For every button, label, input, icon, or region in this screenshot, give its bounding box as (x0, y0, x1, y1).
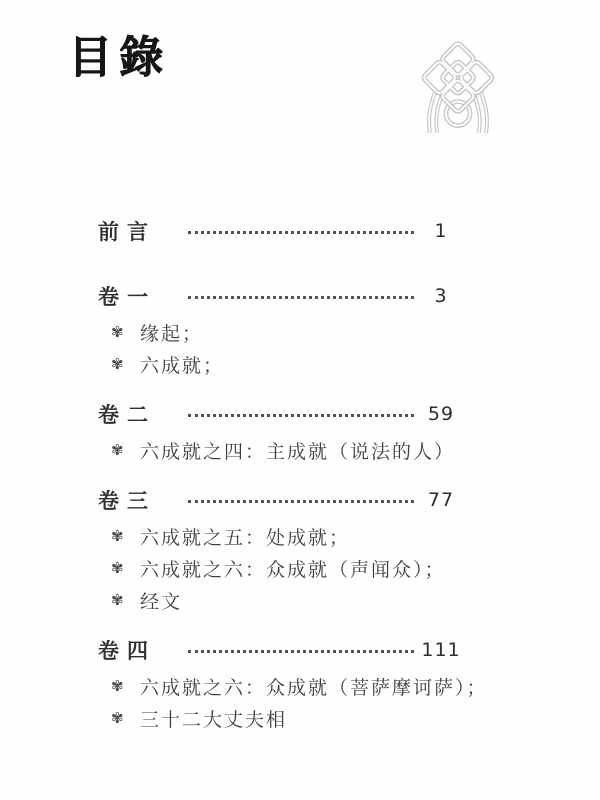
toc-item-label: 六成就之六：众成就（菩萨摩诃萨）； (140, 673, 488, 700)
dotted-leader (188, 500, 414, 503)
toc-section-row: 卷四 111 (98, 634, 464, 666)
toc-item-label: 六成就之四：主成就（说法的人） (140, 437, 455, 464)
toc-page-number: 77 (418, 489, 464, 511)
toc-section: 卷二 59 ✾ 六成就之四：主成就（说法的人） (98, 398, 464, 466)
flower-bullet-icon: ✾ (111, 679, 129, 694)
toc-item-row: ✾ 经文 (98, 584, 464, 616)
toc-page-number: 111 (418, 639, 464, 661)
toc-item-row: ✾ 六成就之六：众成就（声闻众）； (98, 552, 464, 584)
toc-item-row: ✾ 六成就之四：主成就（说法的人） (98, 434, 464, 466)
toc-section-label: 卷四 (98, 635, 188, 665)
flower-bullet-icon: ✾ (111, 325, 129, 340)
toc-page-number: 59 (418, 403, 464, 425)
toc-item-label: 六成就； (140, 351, 224, 378)
toc-section: 卷一 3 ✾ 缘起； ✾ 六成就； (98, 280, 464, 380)
toc-item-row: ✾ 六成就； (98, 348, 464, 380)
toc-item-label: 经文 (140, 587, 182, 614)
toc-page: 目錄 (0, 0, 600, 800)
dotted-leader (188, 414, 414, 417)
dotted-leader (188, 650, 414, 653)
toc-item-label: 三十二大丈夫相 (140, 705, 287, 732)
toc-section-label: 卷二 (98, 399, 188, 429)
toc-item-label: 六成就之五：处成就； (140, 523, 350, 550)
toc-item-label: 缘起； (140, 319, 203, 346)
toc-item-row: ✾ 六成就之五：处成就； (98, 520, 464, 552)
page-title: 目錄 (68, 36, 170, 80)
page-header: 目錄 (0, 0, 600, 185)
dotted-leader (188, 231, 414, 234)
toc-section-items: ✾ 六成就之四：主成就（说法的人） (98, 434, 464, 466)
endless-knot-icon (406, 40, 510, 144)
toc-section: 卷三 77 ✾ 六成就之五：处成就； ✾ 六成就之六：众成就（声闻众）； ✾ 经… (98, 484, 464, 616)
flower-bullet-icon: ✾ (111, 593, 129, 608)
toc-section: 卷四 111 ✾ 六成就之六：众成就（菩萨摩诃萨）； ✾ 三十二大丈夫相 (98, 634, 464, 734)
toc-page-number: 1 (418, 220, 464, 242)
toc-section-label: 卷一 (98, 281, 188, 311)
toc-page-number: 3 (418, 285, 464, 307)
flower-bullet-icon: ✾ (111, 443, 129, 458)
toc-section-row: 卷一 3 (98, 280, 464, 312)
toc-item-row: ✾ 缘起； (98, 316, 464, 348)
toc-section: 前言 1 (98, 215, 464, 247)
toc-section-row: 卷二 59 (98, 398, 464, 430)
toc-section-label: 卷三 (98, 485, 188, 515)
toc-list: 前言 1 卷一 3 ✾ 缘起； ✾ 六成就； 卷二 59 ✾ 六成就之四：主成就… (0, 185, 464, 734)
dotted-leader (188, 296, 414, 299)
toc-item-row: ✾ 六成就之六：众成就（菩萨摩诃萨）； (98, 670, 464, 702)
flower-bullet-icon: ✾ (111, 711, 129, 726)
toc-item-row: ✾ 三十二大丈夫相 (98, 702, 464, 734)
toc-section-row: 前言 1 (98, 215, 464, 247)
toc-section-items: ✾ 六成就之五：处成就； ✾ 六成就之六：众成就（声闻众）； ✾ 经文 (98, 520, 464, 616)
toc-section-label: 前言 (98, 216, 188, 246)
toc-section-items: ✾ 六成就之六：众成就（菩萨摩诃萨）； ✾ 三十二大丈夫相 (98, 670, 464, 734)
flower-bullet-icon: ✾ (111, 357, 129, 372)
toc-section-items: ✾ 缘起； ✾ 六成就； (98, 316, 464, 380)
toc-section-row: 卷三 77 (98, 484, 464, 516)
flower-bullet-icon: ✾ (111, 561, 129, 576)
flower-bullet-icon: ✾ (111, 529, 129, 544)
toc-item-label: 六成就之六：众成就（声闻众）； (140, 555, 446, 582)
